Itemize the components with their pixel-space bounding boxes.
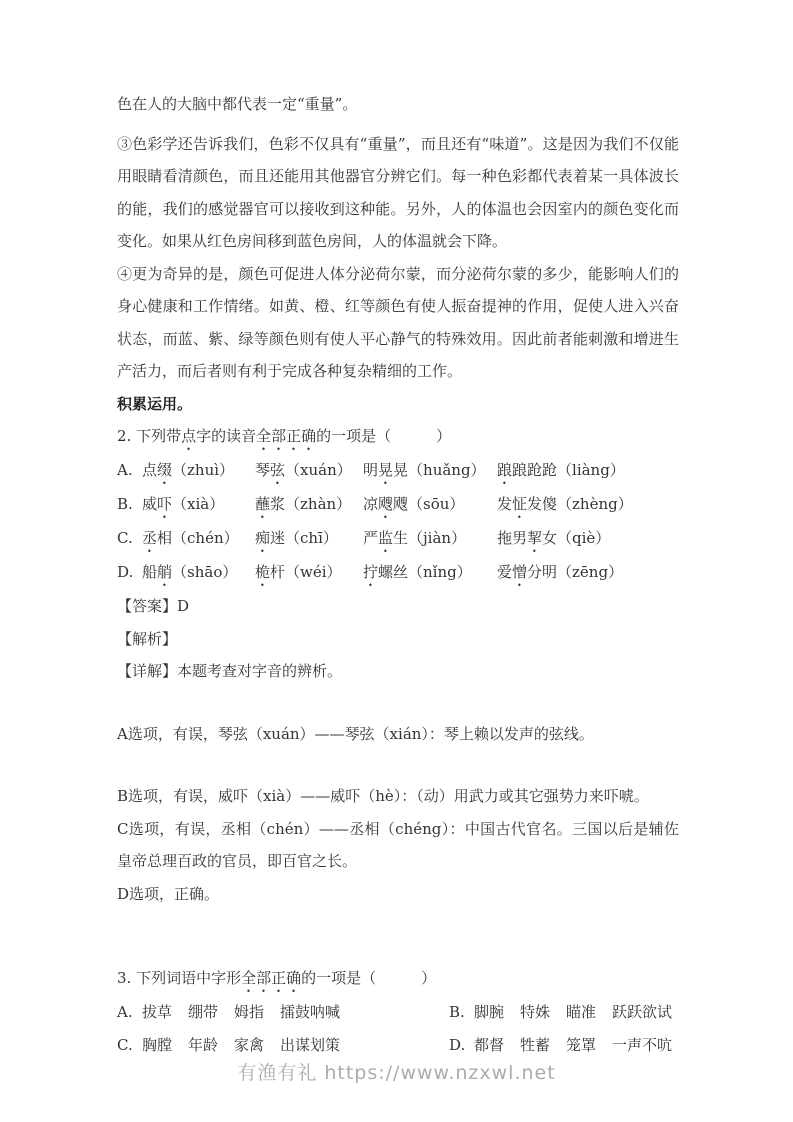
option-label: A.	[117, 454, 142, 488]
q2-analysis-label: 【解析】	[117, 623, 679, 656]
option-word: 拖男挈女（qiè）	[497, 522, 679, 556]
passage-paragraph-4: ④更为奇异的是，颜色可促进人体分泌荷尔蒙，而分泌荷尔蒙的多少，能影响人们的身心健…	[117, 258, 679, 388]
q2-explanation-d: D选项，正确。	[117, 878, 679, 911]
option-label: A.	[117, 996, 142, 1029]
option-word: 明晃晃（huǎng）	[363, 454, 497, 488]
q3-option-b: B. 脚腕 特姝 瞄准 跃跃欲试	[449, 996, 672, 1029]
option-word: 严监生（jiàn）	[363, 522, 497, 556]
option-word: 爱憎分明（zēng）	[497, 556, 679, 590]
option-word: 拧螺丝（nǐng）	[363, 556, 497, 590]
passage-paragraph-continued: 色在人的大脑中都代表一定“重量”。	[117, 88, 679, 121]
option-word: 丞相（chén）	[142, 522, 255, 556]
option-word: 点缀（zhuì）	[142, 454, 255, 488]
option-word: 年龄	[188, 1029, 218, 1062]
option-word: 都督	[474, 1029, 504, 1062]
q3-option-a: A. 拔草 绷带 姆指 擂鼓呐喊	[117, 996, 449, 1029]
option-word: 琴弦（xuán）	[255, 454, 363, 488]
option-word: 凉飕飕（sōu）	[363, 488, 497, 522]
site-watermark: 有渔有礼 https://www.nzxwl.net	[0, 1058, 793, 1085]
q2-explanation-a: A选项，有误，琴弦（xuán）——琴弦（xián）：琴上赖以发声的弦线。	[117, 718, 679, 751]
option-label: C.	[117, 522, 142, 556]
q2-detail: 【详解】本题考查对字音的辨析。	[117, 655, 679, 688]
option-word: 踉踉跄跄（liàng）	[497, 454, 679, 488]
option-word: 牲蓄	[520, 1029, 550, 1062]
option-word: 胸膛	[142, 1029, 172, 1062]
option-label: D.	[449, 1029, 474, 1062]
q2-option-row-c: C. 丞相（chén） 痴迷（chī） 严监生（jiàn） 拖男挈女（qiè）	[117, 522, 679, 556]
question-2-options: A. 点缀（zhuì） 琴弦（xuán） 明晃晃（huǎng） 踉踉跄跄（lià…	[117, 454, 679, 590]
option-word: 一声不吭	[612, 1029, 672, 1062]
option-word: 特姝	[520, 996, 550, 1029]
document-content: 色在人的大脑中都代表一定“重量”。 ③色彩学还告诉我们，色彩不仅具有“重量”，而…	[117, 88, 679, 1061]
option-word: 姆指	[234, 996, 264, 1029]
option-label: C.	[117, 1029, 142, 1062]
passage-paragraph-3: ③色彩学还告诉我们，色彩不仅具有“重量”，而且还有“味道”。这是因为我们不仅能用…	[117, 128, 679, 258]
option-word: 绷带	[188, 996, 218, 1029]
option-word: 发怔发傻（zhèng）	[497, 488, 679, 522]
q2-option-row-d: D. 船艄（shāo） 桅杆（wéi） 拧螺丝（nǐng） 爱憎分明（zēng）	[117, 556, 679, 590]
q2-answer: 【答案】D	[117, 590, 679, 623]
option-word: 家禽	[234, 1029, 264, 1062]
option-word: 出谋划策	[280, 1029, 340, 1062]
option-word: 笼罩	[566, 1029, 596, 1062]
option-word: 威吓（xià）	[142, 488, 255, 522]
q3-option-c: C. 胸膛 年龄 家禽 出谋划策	[117, 1029, 449, 1062]
q3-option-row-cd: C. 胸膛 年龄 家禽 出谋划策 D. 都督 牲蓄 笼罩 一声不吭	[117, 1029, 679, 1062]
option-word: 痴迷（chī）	[255, 522, 363, 556]
option-word: 船艄（shāo）	[142, 556, 255, 590]
q2-explanation-b: B选项，有误，威吓（xià）——威吓（hè）：（动）用武力或其它强势力来吓唬。	[117, 780, 679, 813]
option-label: D.	[117, 556, 142, 590]
q2-option-row-b: B. 威吓（xià） 蘸浆（zhàn） 凉飕飕（sōu） 发怔发傻（zhèng）	[117, 488, 679, 522]
option-word: 蘸浆（zhàn）	[255, 488, 363, 522]
question-3-options: A. 拔草 绷带 姆指 擂鼓呐喊 B. 脚腕 特姝 瞄准 跃跃欲试 C. 胸膛 …	[117, 996, 679, 1061]
option-word: 擂鼓呐喊	[280, 996, 340, 1029]
q2-option-row-a: A. 点缀（zhuì） 琴弦（xuán） 明晃晃（huǎng） 踉踉跄跄（lià…	[117, 454, 679, 488]
question-3-stem: 3. 下列词语中字形全部正确的一项是（ ）	[117, 962, 679, 996]
option-word: 脚腕	[474, 996, 504, 1029]
document-page: { "page": { "background": "#ffffff", "te…	[0, 0, 793, 1122]
option-word: 桅杆（wéi）	[255, 556, 363, 590]
q3-option-row-ab: A. 拔草 绷带 姆指 擂鼓呐喊 B. 脚腕 特姝 瞄准 跃跃欲试	[117, 996, 679, 1029]
option-label: B.	[117, 488, 142, 522]
question-2-stem: 2. 下列带点字的读音全部正确的一项是（ ）	[117, 420, 679, 454]
q3-option-d: D. 都督 牲蓄 笼罩 一声不吭	[449, 1029, 672, 1062]
option-word: 跃跃欲试	[612, 996, 672, 1029]
option-word: 瞄准	[566, 996, 596, 1029]
q2-explanation-c: C选项，有误，丞相（chén）——丞相（chéng）：中国古代官名。三国以后是辅…	[117, 813, 679, 878]
option-label: B.	[449, 996, 474, 1029]
section-heading: 积累运用。	[117, 388, 679, 421]
option-word: 拔草	[142, 996, 172, 1029]
